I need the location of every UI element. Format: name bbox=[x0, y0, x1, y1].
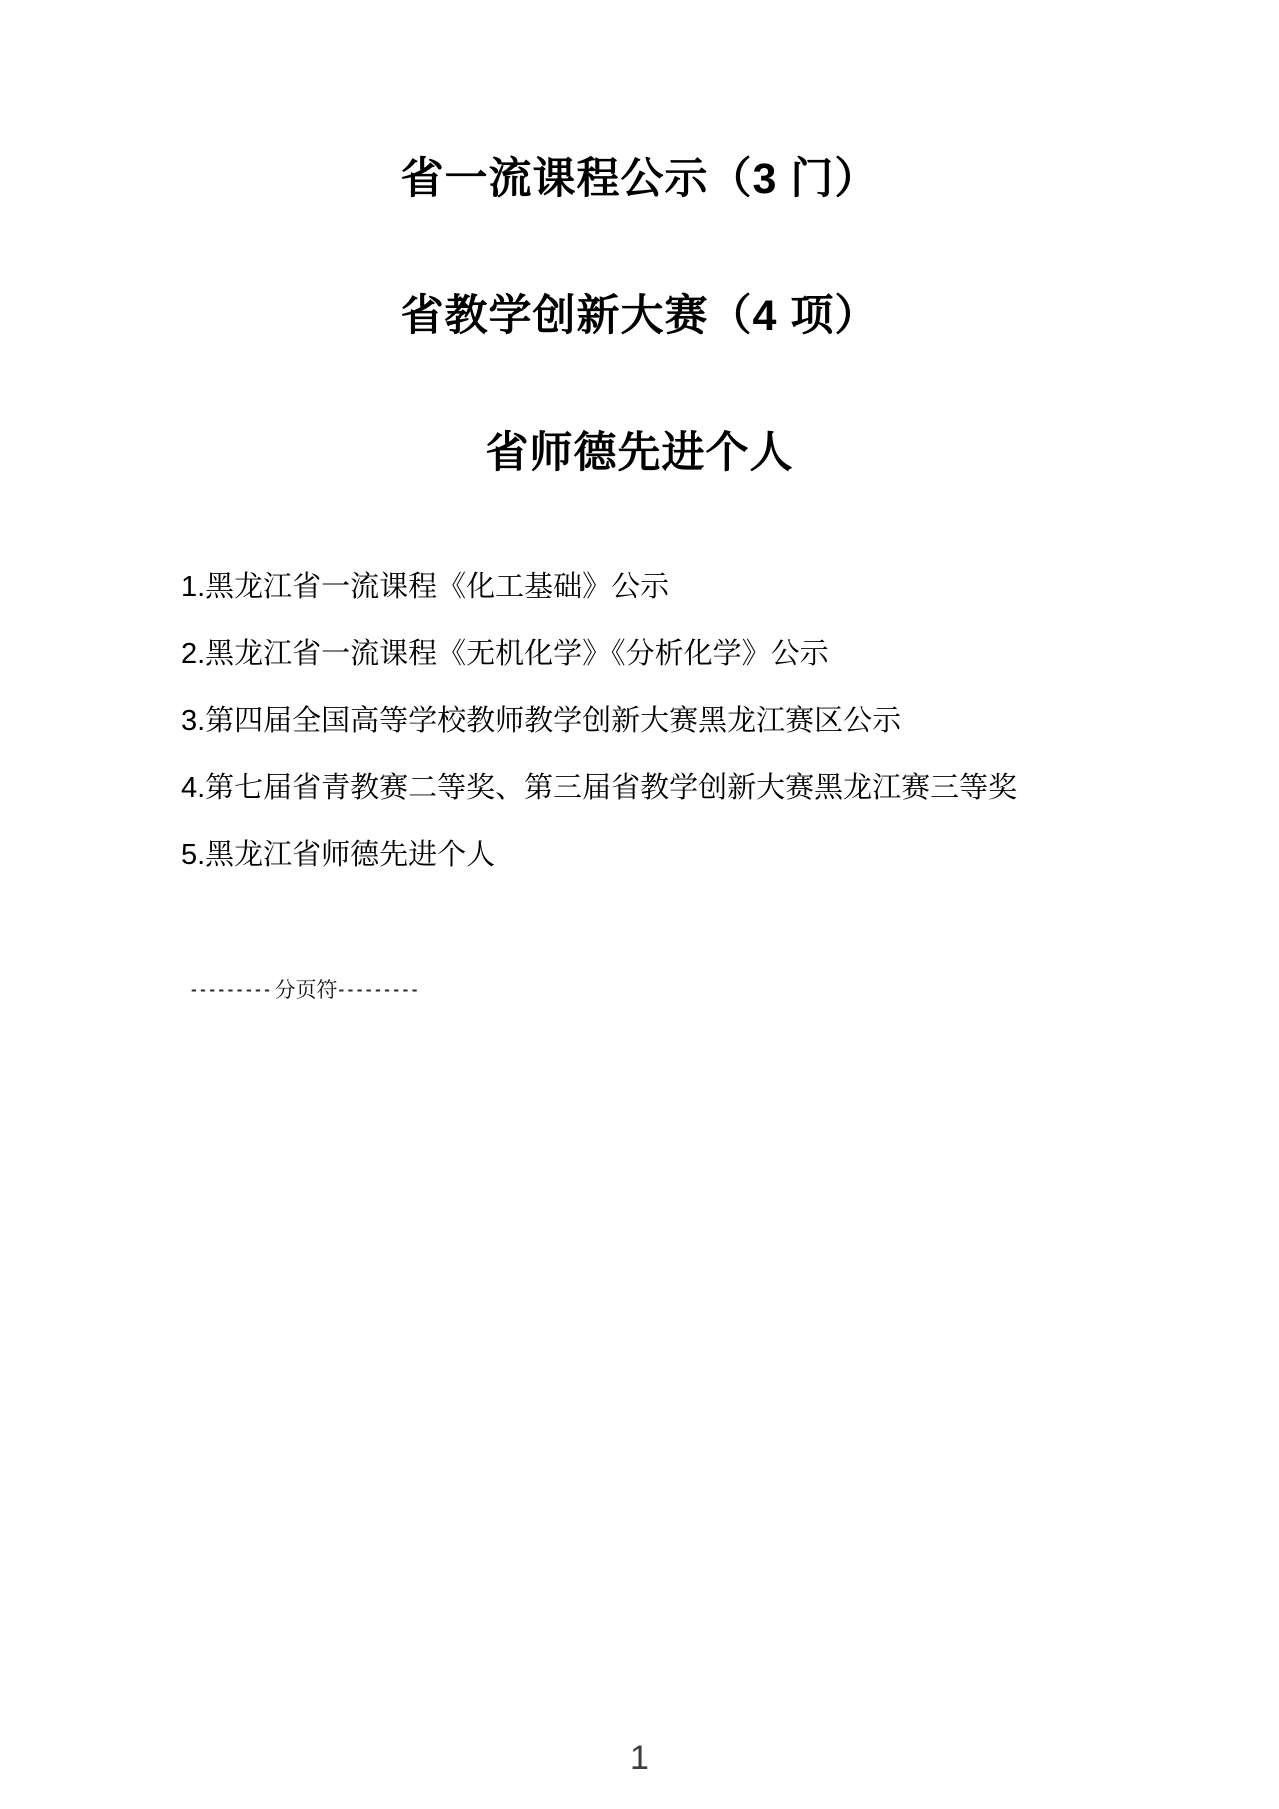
list-item-4: 4.第七届省青教赛二等奖、第三届省教学创新大赛黑龙江赛三等奖 bbox=[181, 771, 1017, 806]
page-number: 1 bbox=[0, 1740, 1279, 1777]
document-page: 省一流课程公示（3 门） 省教学创新大赛（4 项） 省师德先进个人 1.黑龙江省… bbox=[0, 0, 1279, 1809]
list-item-2: 2.黑龙江省一流课程《无机化学》《分析化学》公示 bbox=[181, 637, 829, 672]
heading-provincial-first-class-courses: 省一流课程公示（3 门） bbox=[0, 155, 1279, 204]
heading-provincial-teacher-ethics-model: 省师德先进个人 bbox=[0, 429, 1279, 478]
heading-provincial-teaching-innovation-contest: 省教学创新大赛（4 项） bbox=[0, 292, 1279, 341]
list-item-1: 1.黑龙江省一流课程《化工基础》公示 bbox=[181, 570, 669, 605]
page-break-marker: --------- 分页符 --------- bbox=[191, 980, 421, 1001]
page-break-dashes-left: --------- bbox=[191, 981, 273, 998]
page-break-label: 分页符 bbox=[273, 980, 338, 1001]
list-item-3: 3.第四届全国高等学校教师教学创新大赛黑龙江赛区公示 bbox=[181, 704, 901, 739]
page-break-dashes-right: --------- bbox=[338, 981, 420, 998]
list-item-5: 5.黑龙江省师德先进个人 bbox=[181, 838, 495, 873]
